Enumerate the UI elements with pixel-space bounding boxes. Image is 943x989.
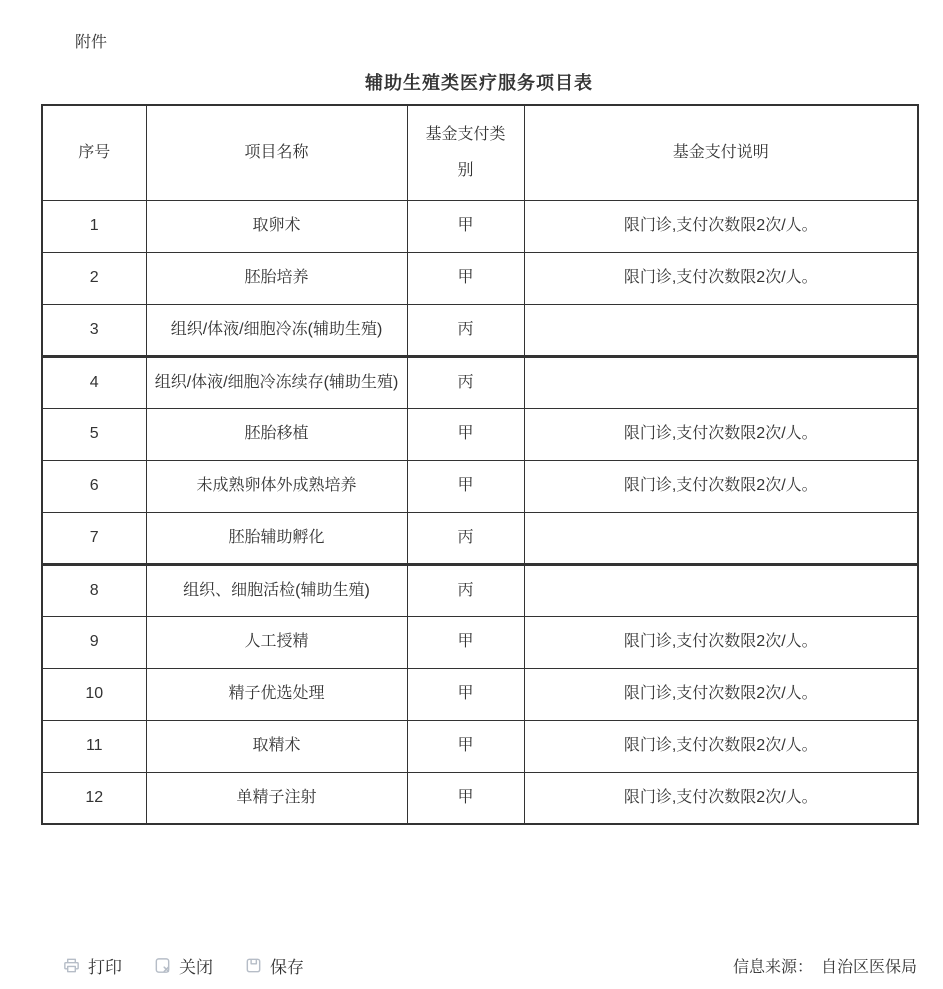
close-button-label: 关闭	[179, 953, 213, 978]
table-row: 4 组织/体液/细胞冷冻续存(辅助生殖) 丙	[42, 356, 918, 408]
fund-note: 限门诊,支付次数限2次/人。	[524, 252, 918, 304]
item-name: 组织、细胞活检(辅助生殖)	[146, 564, 407, 616]
item-name: 取卵术	[146, 200, 407, 252]
fund-category: 甲	[407, 408, 524, 460]
item-name: 未成熟卵体外成熟培养	[146, 460, 407, 512]
fund-note	[524, 564, 918, 616]
item-name: 胚胎移植	[146, 408, 407, 460]
fund-note: 限门诊,支付次数限2次/人。	[524, 668, 918, 720]
save-button-label: 保存	[270, 953, 304, 978]
fund-category: 甲	[407, 616, 524, 668]
fund-category: 丙	[407, 512, 524, 564]
row-number: 11	[42, 720, 146, 772]
table-row: 9 人工授精 甲 限门诊,支付次数限2次/人。	[42, 616, 918, 668]
col-header-category: 基金支付类别	[407, 105, 524, 200]
info-source: 信息来源： 自治区医保局	[733, 954, 917, 977]
row-number: 7	[42, 512, 146, 564]
table-row: 10 精子优选处理 甲 限门诊,支付次数限2次/人。	[42, 668, 918, 720]
fund-note	[524, 512, 918, 564]
fund-category: 甲	[407, 720, 524, 772]
table-row: 12 单精子注射 甲 限门诊,支付次数限2次/人。	[42, 772, 918, 824]
col-header-no: 序号	[42, 105, 146, 200]
fund-category: 甲	[407, 772, 524, 824]
close-file-icon	[153, 956, 172, 975]
fund-category: 甲	[407, 252, 524, 304]
item-name: 取精术	[146, 720, 407, 772]
attachment-label: 附件	[75, 33, 943, 53]
fund-note: 限门诊,支付次数限2次/人。	[524, 408, 918, 460]
table-row: 6 未成熟卵体外成熟培养 甲 限门诊,支付次数限2次/人。	[42, 460, 918, 512]
item-name: 胚胎辅助孵化	[146, 512, 407, 564]
table-header-row: 序号 项目名称 基金支付类别 基金支付说明	[42, 105, 918, 200]
item-name: 人工授精	[146, 616, 407, 668]
row-number: 2	[42, 252, 146, 304]
fund-note: 限门诊,支付次数限2次/人。	[524, 772, 918, 824]
fund-category: 甲	[407, 668, 524, 720]
row-number: 9	[42, 616, 146, 668]
save-icon	[244, 956, 263, 975]
item-name: 组织/体液/细胞冷冻(辅助生殖)	[146, 304, 407, 356]
row-number: 1	[42, 200, 146, 252]
table-row: 2 胚胎培养 甲 限门诊,支付次数限2次/人。	[42, 252, 918, 304]
item-name: 组织/体液/细胞冷冻续存(辅助生殖)	[146, 356, 407, 408]
fund-note: 限门诊,支付次数限2次/人。	[524, 616, 918, 668]
row-number: 3	[42, 304, 146, 356]
fund-category: 丙	[407, 304, 524, 356]
footer-bar: 打印 关闭 保存 信息来源： 自治区医保局	[0, 953, 943, 978]
table-body: 1 取卵术 甲 限门诊,支付次数限2次/人。 2 胚胎培养 甲 限门诊,支付次数…	[42, 200, 918, 824]
fund-category: 丙	[407, 564, 524, 616]
row-number: 12	[42, 772, 146, 824]
table-row: 7 胚胎辅助孵化 丙	[42, 512, 918, 564]
save-button[interactable]: 保存	[244, 953, 304, 978]
info-source-value: 自治区医保局	[821, 954, 917, 977]
row-number: 5	[42, 408, 146, 460]
col-header-name: 项目名称	[146, 105, 407, 200]
printer-icon	[62, 956, 81, 975]
fund-category: 甲	[407, 460, 524, 512]
row-number: 4	[42, 356, 146, 408]
row-number: 6	[42, 460, 146, 512]
row-number: 10	[42, 668, 146, 720]
close-button[interactable]: 关闭	[153, 953, 213, 978]
col-header-note: 基金支付说明	[524, 105, 918, 200]
service-items-table: 序号 项目名称 基金支付类别 基金支付说明 1 取卵术 甲 限门诊,支付次数限2…	[41, 104, 919, 825]
fund-note: 限门诊,支付次数限2次/人。	[524, 200, 918, 252]
fund-category: 丙	[407, 356, 524, 408]
table-row: 5 胚胎移植 甲 限门诊,支付次数限2次/人。	[42, 408, 918, 460]
item-name: 精子优选处理	[146, 668, 407, 720]
row-number: 8	[42, 564, 146, 616]
fund-note: 限门诊,支付次数限2次/人。	[524, 720, 918, 772]
page-title: 辅助生殖类医疗服务项目表	[41, 69, 917, 95]
fund-category: 甲	[407, 200, 524, 252]
info-source-label: 信息来源：	[733, 954, 813, 977]
fund-note	[524, 304, 918, 356]
table-row: 11 取精术 甲 限门诊,支付次数限2次/人。	[42, 720, 918, 772]
print-button-label: 打印	[88, 953, 122, 978]
table-row: 8 组织、细胞活检(辅助生殖) 丙	[42, 564, 918, 616]
action-button-group: 打印 关闭 保存	[62, 953, 304, 978]
item-name: 胚胎培养	[146, 252, 407, 304]
item-name: 单精子注射	[146, 772, 407, 824]
table-row: 1 取卵术 甲 限门诊,支付次数限2次/人。	[42, 200, 918, 252]
fund-note	[524, 356, 918, 408]
print-button[interactable]: 打印	[62, 953, 122, 978]
table-row: 3 组织/体液/细胞冷冻(辅助生殖) 丙	[42, 304, 918, 356]
fund-note: 限门诊,支付次数限2次/人。	[524, 460, 918, 512]
